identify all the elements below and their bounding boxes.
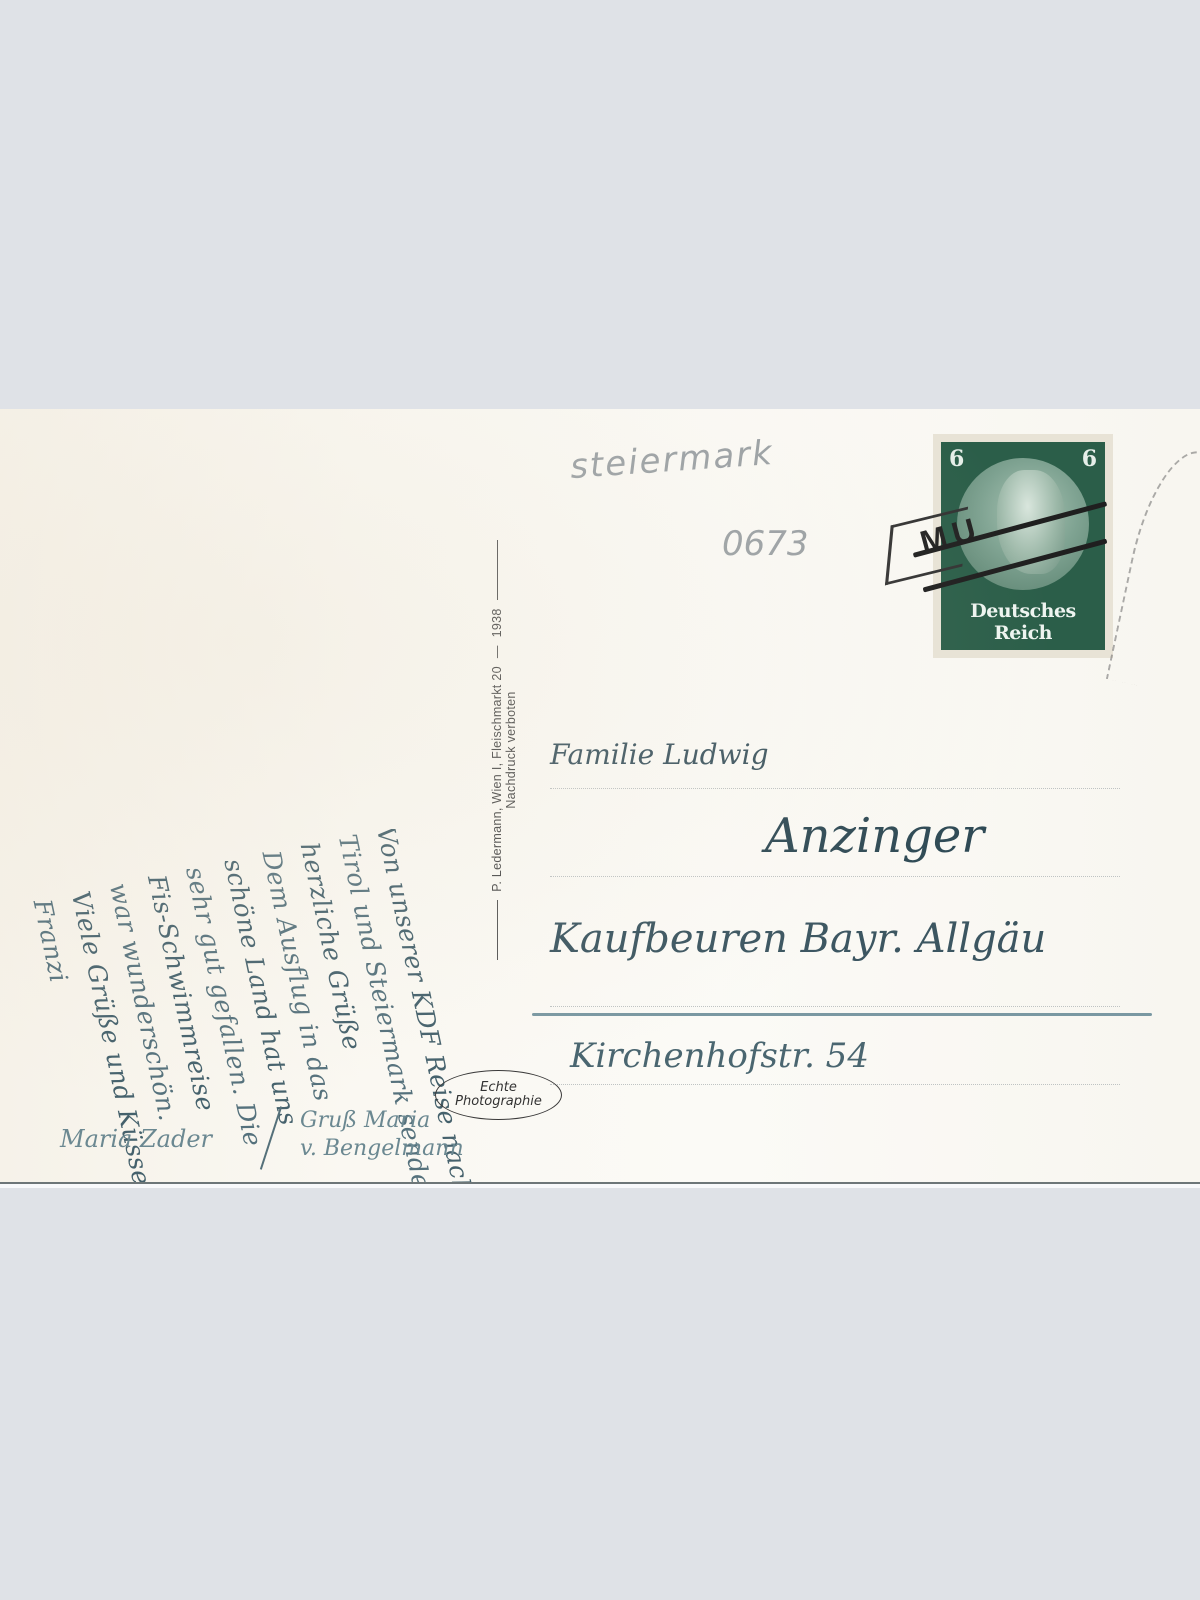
photo-mark-line2: Photographie [455, 1095, 542, 1109]
address-line-4: Kirchenhofstr. 54 [550, 1006, 1120, 1085]
divider-line [497, 540, 498, 600]
postmark-arc-icon [1106, 442, 1200, 698]
publisher-imprint-text: P. Ledermann, Wien I, Fleischmarkt 20 — … [490, 455, 520, 1045]
dash-separator: — [490, 645, 504, 658]
address-city: Kaufbeuren Bayr. Allgäu [550, 916, 1046, 962]
signature-second-line2: v. Bengelmann [300, 1135, 464, 1163]
address-line-2: Anzinger [550, 788, 1120, 877]
address-street: Kirchenhofstr. 54 [570, 1036, 869, 1076]
publisher-line: P. Ledermann, Wien I, Fleischmarkt 20 — … [490, 540, 504, 959]
portrait-medallion-icon [957, 458, 1089, 590]
publisher-year: 1938 [490, 608, 504, 637]
postage-stamp: 6 6 Deutsches Reich [933, 434, 1113, 658]
signature-maria-zader: Maria Zader [60, 1125, 212, 1153]
divider-line [497, 900, 498, 960]
postcard-back: Von unserer KDF Reise nach Tirol und Ste… [0, 409, 1200, 1184]
signature-second: Gruß Maria v. Bengelmann [300, 1107, 464, 1163]
address-surname: Anzinger [765, 808, 984, 864]
photo-mark-line1: Echte [480, 1081, 517, 1095]
address-line-3: Kaufbeuren Bayr. Allgäu [550, 876, 1120, 1007]
stamp-denomination-left: 6 [949, 446, 964, 472]
reprint-notice: Nachdruck verboten [504, 691, 518, 808]
signature-second-line1: Gruß Maria [300, 1107, 464, 1135]
address-line-1: Familie Ludwig [550, 730, 1120, 789]
stamp-caption: Deutsches Reich [941, 600, 1105, 644]
image-viewer: Von unserer KDF Reise nach Tirol und Ste… [0, 0, 1200, 1600]
stamp-denomination-right: 6 [1082, 446, 1097, 472]
publisher-name: P. Ledermann, Wien I, Fleischmarkt 20 [490, 666, 504, 892]
portrait-icon [997, 470, 1065, 574]
address-recipient: Familie Ludwig [550, 738, 769, 771]
stamp-face: 6 6 Deutsches Reich [941, 442, 1105, 650]
pencil-region-note: steiermark [569, 433, 775, 487]
pencil-number-note: 0673 [722, 524, 809, 564]
